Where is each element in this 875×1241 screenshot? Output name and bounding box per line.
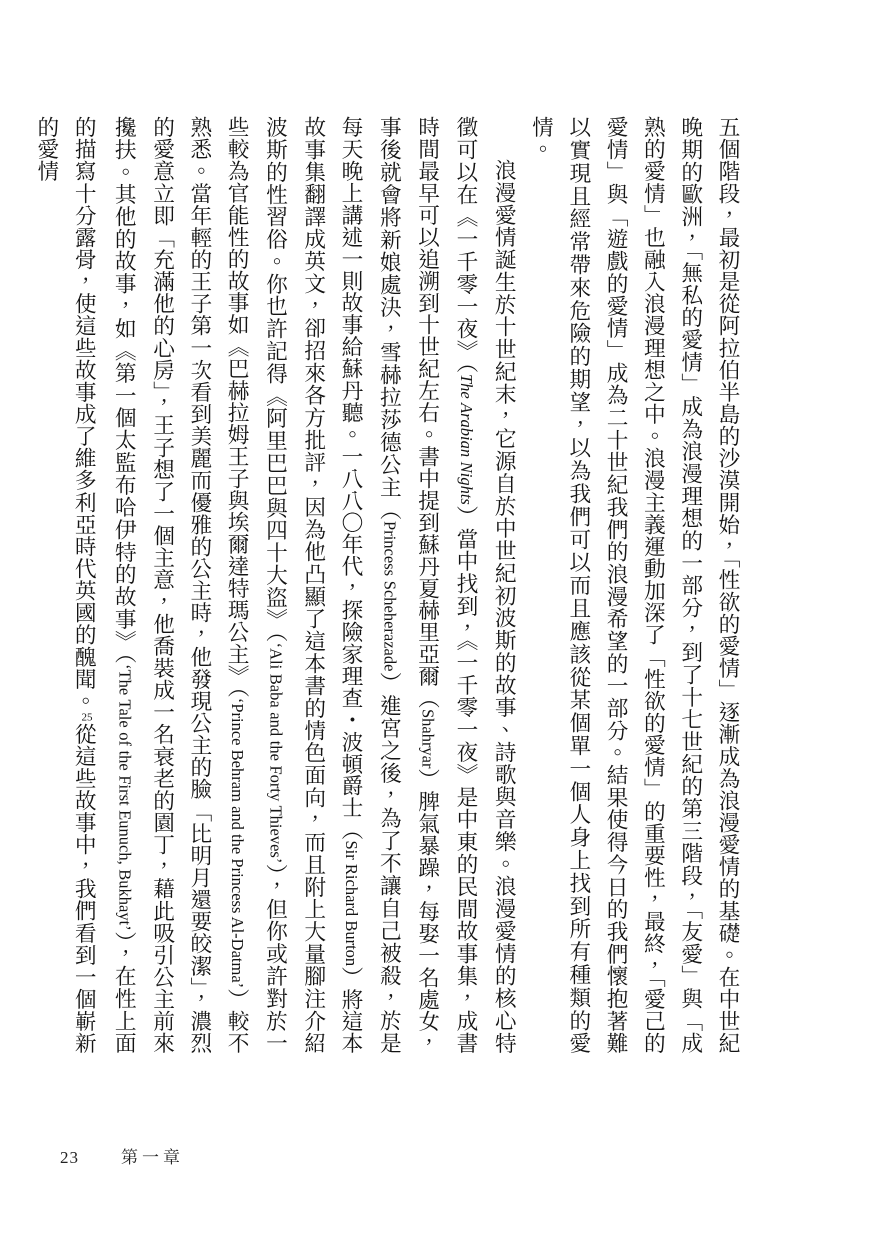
- vertical-text-area: 五個階段，最初是從阿拉伯半島的沙漠開始，「性欲的愛情」逐漸成為浪漫愛情的基礎。在…: [28, 116, 746, 1054]
- book-page: 五個階段，最初是從阿拉伯半島的沙漠開始，「性欲的愛情」逐漸成為浪漫愛情的基礎。在…: [0, 0, 875, 1241]
- text-segment: Sir Richard Burton: [342, 840, 361, 966]
- text-segment: The Arabian Nights: [457, 374, 476, 505]
- text-segment: Shahryar: [419, 709, 438, 769]
- text-segment: 五個階段，最初是從阿拉伯半島的沙漠開始，「性欲的愛情」逐漸成為浪漫愛情的基礎。在…: [530, 116, 740, 1054]
- paragraph-1: 五個階段，最初是從阿拉伯半島的沙漠開始，「性欲的愛情」逐漸成為浪漫愛情的基礎。在…: [522, 116, 746, 1054]
- text-segment: Princess Scheherazade: [380, 521, 399, 671]
- text-segment: ‘Ali Baba and the Forty Thieves’: [266, 643, 285, 864]
- page-footer: 23 第一章: [60, 1143, 184, 1168]
- chapter-title: 第一章: [121, 1143, 184, 1168]
- text-segment: ‘Prince Behram and the Princess Al-Datma…: [228, 698, 247, 988]
- paragraph-2: 浪漫愛情誕生於十世紀末，它源自於中世紀初波斯的故事、詩歌與音樂。浪漫愛情的核心特…: [28, 116, 523, 1054]
- text-segment: ‘The Tale of the First Eunuch, Bukhayt’: [115, 664, 134, 931]
- footnote-marker: 25: [81, 712, 93, 723]
- page-number: 23: [60, 1148, 79, 1168]
